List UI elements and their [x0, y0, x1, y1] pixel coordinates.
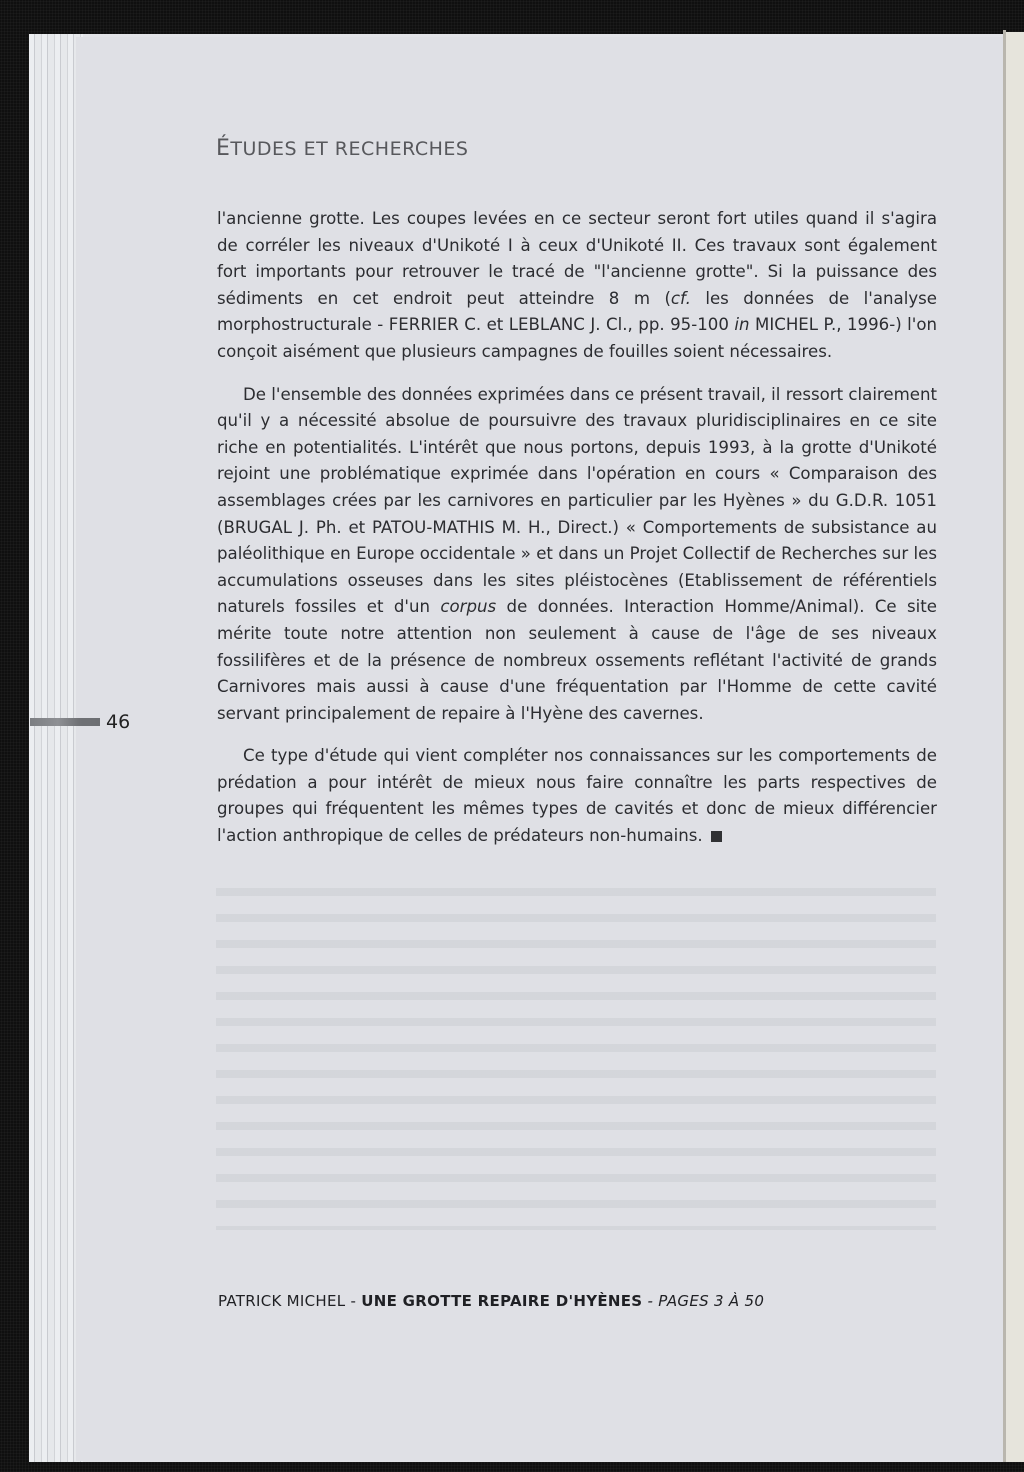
paragraph-1: l'ancienne grotte. Les coupes levées en … — [217, 206, 937, 366]
paragraph-3: Ce type d'étude qui vient compléter nos … — [217, 743, 937, 849]
paragraph-2: De l'ensemble des données exprimées dans… — [217, 382, 937, 728]
end-of-article-square-icon — [711, 831, 722, 842]
body-text: l'ancienne grotte. Les coupes levées en … — [217, 206, 937, 850]
running-head-text: TUDES ET RECHERCHES — [230, 138, 468, 160]
footer-pages: - PAGES 3 À 50 — [642, 1292, 764, 1310]
page-number-tab: 46 — [30, 710, 130, 734]
running-head-initial: É — [216, 136, 230, 161]
running-head: ÉTUDES ET RECHERCHES — [216, 136, 468, 161]
page-edges — [29, 34, 83, 1462]
italic-segment: in — [734, 315, 749, 334]
italic-segment: cf. — [671, 289, 691, 308]
italic-segment: corpus — [440, 597, 496, 616]
text-segment: De l'ensemble des données exprimées dans… — [217, 385, 937, 617]
thumb-index-mark — [30, 718, 100, 726]
running-footer: PATRICK MICHEL - UNE GROTTE REPAIRE D'HY… — [218, 1292, 764, 1310]
text-segment: Ce type d'étude qui vient compléter nos … — [217, 746, 937, 845]
show-through-text — [216, 870, 936, 1230]
facing-page-edge — [1006, 32, 1024, 1462]
footer-title: UNE GROTTE REPAIRE D'HYÈNES — [361, 1292, 642, 1310]
footer-author: PATRICK MICHEL - — [218, 1292, 361, 1310]
page-number: 46 — [106, 711, 130, 733]
